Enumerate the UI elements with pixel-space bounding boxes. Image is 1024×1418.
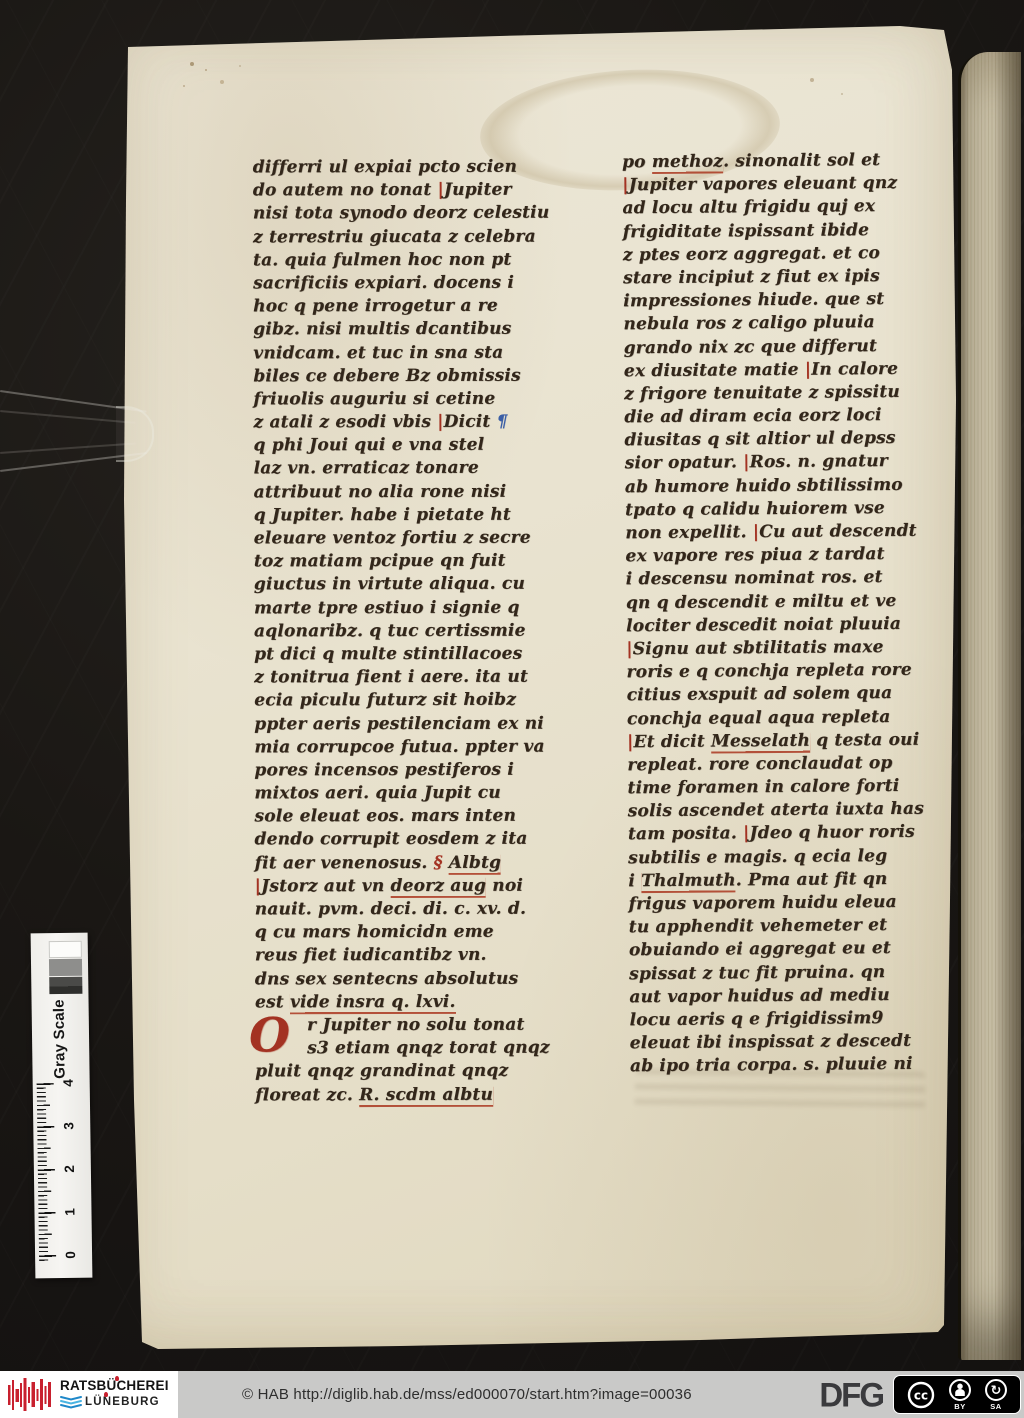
manuscript-line: frigiditate ispissant ibide bbox=[623, 218, 919, 244]
manuscript-line: q phi Joui qui e vna stel bbox=[253, 434, 550, 458]
manuscript-line: |Signu aut sbtilitatis maxe bbox=[626, 636, 922, 662]
manuscript-line: nebula ros z caligo pluuia bbox=[623, 311, 919, 337]
attribution-text: © HAB http://diglib.hab.de/mss/ed000070/… bbox=[242, 1386, 692, 1403]
foxing-speckles bbox=[190, 62, 194, 66]
manuscript-line: impressiones hiude. que st bbox=[623, 288, 919, 314]
manuscript-line: toz matiam pcipue qn fuit bbox=[254, 550, 551, 574]
manuscript-line: non expellit. |Cu aut descendt bbox=[625, 520, 921, 546]
footer-bar: RATSBÜCHEREI LÜNEBURG © HAB http://digli… bbox=[0, 1371, 1024, 1418]
manuscript-line: q Jupiter. habe i pietate ht bbox=[254, 503, 551, 527]
manuscript-line: nauit. pvm. deci. di. c. xv. d. bbox=[255, 898, 552, 922]
manuscript-line: z frigore tenuitate z spissitu bbox=[624, 381, 920, 407]
cc-by-person-icon: BY bbox=[948, 1378, 972, 1411]
manuscript-line: vnidcam. et tuc in sna sta bbox=[253, 341, 550, 365]
library-name: RATSBÜCHEREI bbox=[60, 1379, 169, 1393]
manuscript-line: i Thalmuth. Pma aut fit qn bbox=[628, 868, 924, 894]
manuscript-line: mixtos aeri. quia Jupit cu bbox=[254, 782, 551, 806]
manuscript-line: dns sex sentecns absolutus bbox=[255, 967, 552, 991]
manuscript-line: aut vapor huidus ad mediu bbox=[629, 983, 925, 1009]
manuscript-line: sior opatur. |Ros. n. gnatur bbox=[625, 450, 921, 476]
manuscript-line: attribuut no alia rone nisi bbox=[254, 480, 551, 504]
manuscript-line: solis ascendet aterta iuxta has bbox=[628, 798, 924, 824]
manuscript-line: reus fiet iudicantibz vn. bbox=[255, 944, 552, 968]
manuscript-line: ta. quia fulmen hoc non pt bbox=[253, 248, 550, 272]
ruler-number: 0 bbox=[64, 1247, 78, 1263]
manuscript-line: ad locu altu frigidu quj ex bbox=[622, 195, 918, 221]
manuscript-line: eleuare ventoz fortiu z secre bbox=[254, 527, 551, 551]
manuscript-line: conchja equal aqua repleta bbox=[627, 705, 923, 731]
manuscript-line: |Et dicit Messelath q testa oui bbox=[627, 728, 923, 754]
cc-license-badge: cc BY ↻ SA bbox=[893, 1375, 1021, 1414]
manuscript-line: z atali z esodi vbis |Dicit ¶ bbox=[253, 411, 550, 435]
manuscript-line: hoc q pene irrogetur a re bbox=[253, 295, 550, 319]
manuscript-line: fit aer venenosus. § Albtg bbox=[255, 851, 552, 875]
manuscript-line: subtilis e magis. q ecia leg bbox=[628, 844, 924, 870]
manuscript-line: nisi tota synodo deorz celestiu bbox=[253, 202, 550, 226]
manuscript-line: time foramen in calore forti bbox=[627, 775, 923, 801]
book-fore-edge bbox=[958, 52, 1021, 1360]
manuscript-line: stare incipiut z fiut ex ipis bbox=[623, 265, 919, 291]
manuscript-line: differri ul expiai pcto scien bbox=[253, 156, 550, 180]
manuscript-line: ex diusitate matie |In calore bbox=[624, 357, 920, 383]
manuscript-line: z ptes eorz aggregat. et co bbox=[623, 241, 919, 267]
manuscript-line: pluit qnqz grandinat qnqz bbox=[255, 1060, 552, 1084]
manuscript-line: dendo corrupit eosdem z ita bbox=[255, 828, 552, 852]
manuscript-line: eleuat ibi inspissat z descedt bbox=[630, 1030, 926, 1056]
svg-text:↻: ↻ bbox=[991, 1384, 1002, 1399]
manuscript-line: po methoz. sinonalit sol et bbox=[622, 149, 918, 175]
manuscript-line: Or Jupiter no solu tonat bbox=[255, 1014, 552, 1038]
manuscript-line: citius exspuit ad solem qua bbox=[627, 682, 923, 708]
gray-scale-ruler: Gray Scale 43210 bbox=[31, 933, 93, 1279]
manuscript-line: z terrestriu giucata z celebra bbox=[253, 225, 550, 249]
organ-pipes-icon bbox=[7, 1377, 53, 1413]
svg-text:cc: cc bbox=[914, 1388, 928, 1402]
open-book-waves-icon bbox=[60, 1395, 82, 1410]
text-column-right: po methoz. sinonalit sol et|Jupiter vapo… bbox=[622, 149, 926, 1079]
manuscript-line: ab humore huido sbtilissimo bbox=[625, 473, 921, 499]
manuscript-line: pt dici q multe stintillacoes bbox=[254, 643, 551, 667]
manuscript-line: laz vn. erraticaz tonare bbox=[254, 457, 551, 481]
manuscript-line: repleat. rore conclaudat op bbox=[627, 752, 923, 778]
ruler-number: 1 bbox=[63, 1204, 77, 1220]
manuscript-line: tam posita. |Jdeo q huor roris bbox=[628, 821, 924, 847]
manuscript-line: |Jupiter vapores eleuant qnz bbox=[622, 172, 918, 198]
cc-icon: cc bbox=[906, 1380, 936, 1410]
manuscript-page: differri ul expiai pcto sciendo autem no… bbox=[120, 22, 962, 1354]
ruler-number: 4 bbox=[62, 1075, 76, 1091]
ruler-number: 3 bbox=[62, 1118, 76, 1134]
cc-sa-label: SA bbox=[990, 1403, 1001, 1411]
manuscript-line: grando nix zc que differut bbox=[624, 334, 920, 360]
glass-rod bbox=[0, 378, 172, 484]
patch-gray bbox=[49, 959, 82, 976]
library-logo: RATSBÜCHEREI LÜNEBURG bbox=[0, 1371, 178, 1418]
text-column-left: differri ul expiai pcto sciendo autem no… bbox=[253, 156, 552, 1107]
manuscript-line: friuolis auguriu si cetine bbox=[253, 387, 550, 411]
manuscript-line: ab ipo tria corpa. s. pluuie ni bbox=[630, 1053, 926, 1079]
umlaut-dot-icon bbox=[104, 1392, 108, 1397]
glass-rod-tip bbox=[116, 406, 154, 462]
manuscript-line: ppter aeris pestilenciam ex ni bbox=[254, 712, 551, 736]
manuscript-line: s3 etiam qnqz torat qnqz bbox=[255, 1037, 552, 1061]
ruler-numbers: 43210 bbox=[31, 933, 88, 934]
patch-white bbox=[49, 941, 82, 958]
manuscript-line: ex vapore res piua z tardat bbox=[625, 543, 921, 569]
manuscript-line: qn q descendit e miltu et ve bbox=[626, 589, 922, 615]
manuscript-line: est vide insra q. lxvi. bbox=[255, 990, 552, 1014]
manuscript-line: sacrificiis expiari. docens i bbox=[253, 272, 550, 296]
library-city: LÜNEBURG bbox=[85, 1397, 160, 1409]
library-logo-text: RATSBÜCHEREI LÜNEBURG bbox=[60, 1379, 169, 1410]
manuscript-line: pores incensos pestiferos i bbox=[254, 758, 551, 782]
ruler-ticks bbox=[37, 1083, 59, 1261]
manuscript-line: floreat zc. R. scdm albtu bbox=[255, 1083, 552, 1107]
cc-by-label: BY bbox=[954, 1403, 965, 1411]
manuscript-line: ecia piculu futurz sit hoibz bbox=[254, 689, 551, 713]
manuscript-line: mia corrupcoe futua. ppter va bbox=[254, 735, 551, 759]
manuscript-line: diusitas q sit altior ul depss bbox=[624, 427, 920, 453]
manuscript-line: tpato q calidu huiorem vse bbox=[625, 497, 921, 523]
manuscript-line: sole eleuat eos. mars inten bbox=[254, 805, 551, 829]
manuscript-line: obuiando ei aggregat eu et bbox=[629, 937, 925, 963]
manuscript-line: i descensu nominat ros. et bbox=[626, 566, 922, 592]
dfg-logo: DFG bbox=[819, 1375, 883, 1415]
manuscript-line: spissat z tuc fit pruina. qn bbox=[629, 960, 925, 986]
manuscript-line: tu apphendit vehemeter et bbox=[629, 914, 925, 940]
manuscript-line: roris e q conchja repleta rore bbox=[626, 659, 922, 685]
manuscript-line: lociter descedit noiat pluuia bbox=[626, 612, 922, 638]
manuscript-line: gibz. nisi multis dcantibus bbox=[253, 318, 550, 342]
manuscript-line: giuctus in virtute aliqua. cu bbox=[254, 573, 551, 597]
tick-marks-cm bbox=[37, 1083, 56, 1261]
ruler-number: 2 bbox=[63, 1161, 77, 1177]
manuscript-line: do autem no tonat |Jupiter bbox=[253, 179, 550, 203]
manuscript-line: q cu mars homicidn eme bbox=[255, 921, 552, 945]
umlaut-dot-icon bbox=[115, 1376, 119, 1381]
manuscript-line: biles ce debere Bz obmissis bbox=[253, 364, 550, 388]
manuscript-line: die ad diram ecia eorz loci bbox=[624, 404, 920, 430]
manuscript-line: |Jstorz aut vn deorz aug noi bbox=[255, 874, 552, 898]
manuscript-line: aqlonaribz. q tuc certissmie bbox=[254, 619, 551, 643]
manuscript-line: marte tpre estiuo i signie q bbox=[254, 596, 551, 620]
cc-sa-icon: ↻ SA bbox=[984, 1378, 1008, 1411]
manuscript-line: z tonitrua fient i aere. ita ut bbox=[254, 666, 551, 690]
manuscript-line: locu aeris q e frigidissim9 bbox=[629, 1007, 925, 1033]
manuscript-line: frigus vaporem huidu eleua bbox=[628, 891, 924, 917]
